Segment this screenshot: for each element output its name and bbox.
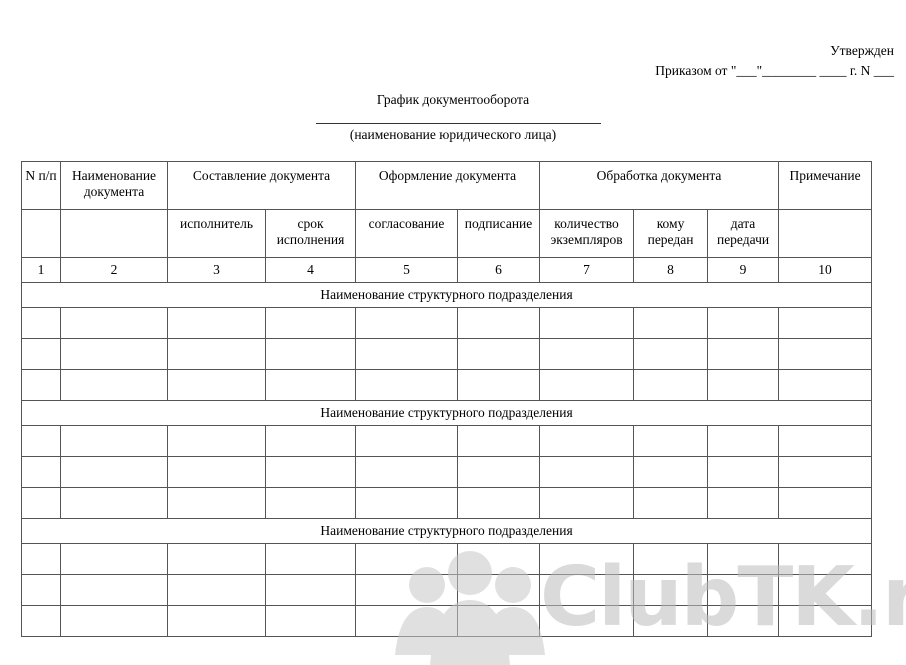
table-cell[interactable] bbox=[540, 426, 634, 457]
section-title: Наименование структурного подразделения bbox=[22, 401, 872, 426]
column-number: 9 bbox=[708, 258, 779, 283]
table-cell[interactable] bbox=[779, 488, 872, 519]
column-number: 5 bbox=[356, 258, 458, 283]
section-title: Наименование структурного подразделения bbox=[22, 283, 872, 308]
table-cell[interactable] bbox=[168, 606, 266, 637]
table-cell[interactable] bbox=[708, 308, 779, 339]
col-compose-header: Составление документа bbox=[168, 162, 356, 210]
table-cell[interactable] bbox=[779, 339, 872, 370]
table-cell[interactable] bbox=[779, 370, 872, 401]
header-row-2: исполнитель срок исполнения согласование… bbox=[22, 210, 872, 258]
column-number: 2 bbox=[61, 258, 168, 283]
table-cell[interactable] bbox=[168, 308, 266, 339]
table-row bbox=[22, 339, 872, 370]
col-doc-name-header: Наименование документа bbox=[61, 162, 168, 210]
col-process-header: Обработка документа bbox=[540, 162, 779, 210]
table-row bbox=[22, 308, 872, 339]
table-cell[interactable] bbox=[458, 488, 540, 519]
table-cell[interactable] bbox=[22, 339, 61, 370]
table-cell[interactable] bbox=[168, 457, 266, 488]
table-cell[interactable] bbox=[634, 457, 708, 488]
table-row bbox=[22, 457, 872, 488]
table-cell[interactable] bbox=[634, 575, 708, 606]
table-cell[interactable] bbox=[458, 370, 540, 401]
column-numbers-row: 1 2 3 4 5 6 7 8 9 10 bbox=[22, 258, 872, 283]
table-cell[interactable] bbox=[779, 457, 872, 488]
empty-cell bbox=[22, 210, 61, 258]
table-cell[interactable] bbox=[61, 426, 168, 457]
col-copies-header: количество экземпляров bbox=[540, 210, 634, 258]
approval-block: Утвержден Приказом от "___"________ ____… bbox=[655, 41, 894, 81]
table-cell[interactable] bbox=[458, 339, 540, 370]
table-cell[interactable] bbox=[356, 488, 458, 519]
section-row: Наименование структурного подразделения bbox=[22, 519, 872, 544]
table-cell[interactable] bbox=[356, 544, 458, 575]
table-cell[interactable] bbox=[266, 426, 356, 457]
table-cell[interactable] bbox=[22, 575, 61, 606]
header-row-1: N п/п Наименование документа Составление… bbox=[22, 162, 872, 210]
table-cell[interactable] bbox=[22, 370, 61, 401]
approved-label: Утвержден bbox=[655, 41, 894, 61]
table-cell[interactable] bbox=[708, 575, 779, 606]
table-cell[interactable] bbox=[266, 606, 356, 637]
column-number: 6 bbox=[458, 258, 540, 283]
col-executor-header: исполнитель bbox=[168, 210, 266, 258]
table-cell[interactable] bbox=[168, 339, 266, 370]
table-cell[interactable] bbox=[708, 339, 779, 370]
table-cell[interactable] bbox=[356, 370, 458, 401]
table-cell[interactable] bbox=[458, 457, 540, 488]
entity-caption: (наименование юридического лица) bbox=[0, 127, 906, 143]
table-cell[interactable] bbox=[168, 426, 266, 457]
col-recipient-header: кому передан bbox=[634, 210, 708, 258]
table-cell[interactable] bbox=[779, 426, 872, 457]
table-cell[interactable] bbox=[540, 339, 634, 370]
column-number: 1 bbox=[22, 258, 61, 283]
column-number: 4 bbox=[266, 258, 356, 283]
table-cell[interactable] bbox=[458, 308, 540, 339]
table-row bbox=[22, 544, 872, 575]
table-cell[interactable] bbox=[61, 544, 168, 575]
table-row bbox=[22, 606, 872, 637]
table-cell[interactable] bbox=[22, 308, 61, 339]
table-cell[interactable] bbox=[708, 370, 779, 401]
col-format-header: Оформление документа bbox=[356, 162, 540, 210]
table-row bbox=[22, 575, 872, 606]
table-cell[interactable] bbox=[634, 308, 708, 339]
table-cell[interactable] bbox=[779, 575, 872, 606]
order-line: Приказом от "___"________ ____ г. N ___ bbox=[655, 61, 894, 81]
table-cell[interactable] bbox=[61, 575, 168, 606]
col-num-header: N п/п bbox=[22, 162, 61, 210]
table-cell[interactable] bbox=[356, 575, 458, 606]
table-cell[interactable] bbox=[61, 370, 168, 401]
table-cell[interactable] bbox=[634, 544, 708, 575]
table-row bbox=[22, 426, 872, 457]
col-approval-header: согласование bbox=[356, 210, 458, 258]
table-cell[interactable] bbox=[708, 544, 779, 575]
col-signing-header: подписание bbox=[458, 210, 540, 258]
table-cell[interactable] bbox=[61, 308, 168, 339]
table-cell[interactable] bbox=[708, 606, 779, 637]
table-cell[interactable] bbox=[266, 457, 356, 488]
table-cell[interactable] bbox=[540, 308, 634, 339]
table-cell[interactable] bbox=[266, 544, 356, 575]
table-cell[interactable] bbox=[356, 457, 458, 488]
col-deadline-header: срок исполнения bbox=[266, 210, 356, 258]
column-number: 7 bbox=[540, 258, 634, 283]
table-cell[interactable] bbox=[266, 575, 356, 606]
section-title: Наименование структурного подразделения bbox=[22, 519, 872, 544]
column-number: 3 bbox=[168, 258, 266, 283]
table-cell[interactable] bbox=[540, 488, 634, 519]
table-cell[interactable] bbox=[458, 606, 540, 637]
table-cell[interactable] bbox=[61, 339, 168, 370]
table-cell[interactable] bbox=[22, 544, 61, 575]
table-cell[interactable] bbox=[634, 488, 708, 519]
table-cell[interactable] bbox=[22, 488, 61, 519]
table-cell[interactable] bbox=[540, 575, 634, 606]
table-cell[interactable] bbox=[634, 339, 708, 370]
table-cell[interactable] bbox=[458, 544, 540, 575]
section-row: Наименование структурного подразделения bbox=[22, 283, 872, 308]
table-cell[interactable] bbox=[266, 339, 356, 370]
table-cell[interactable] bbox=[22, 426, 61, 457]
table-cell[interactable] bbox=[540, 544, 634, 575]
table-cell[interactable] bbox=[168, 370, 266, 401]
table-cell[interactable] bbox=[540, 457, 634, 488]
table-cell[interactable] bbox=[356, 308, 458, 339]
empty-cell bbox=[779, 210, 872, 258]
col-transfer-date-header: дата передачи bbox=[708, 210, 779, 258]
table-cell[interactable] bbox=[634, 606, 708, 637]
table-cell[interactable] bbox=[61, 488, 168, 519]
table-cell[interactable] bbox=[168, 575, 266, 606]
table-cell[interactable] bbox=[168, 544, 266, 575]
table-cell[interactable] bbox=[356, 339, 458, 370]
table-cell[interactable] bbox=[266, 308, 356, 339]
table-cell[interactable] bbox=[779, 544, 872, 575]
table-cell[interactable] bbox=[356, 606, 458, 637]
table-cell[interactable] bbox=[540, 370, 634, 401]
table-cell[interactable] bbox=[708, 457, 779, 488]
entity-name-line bbox=[316, 123, 601, 124]
table-cell[interactable] bbox=[634, 370, 708, 401]
empty-cell bbox=[61, 210, 168, 258]
table-cell[interactable] bbox=[22, 606, 61, 637]
table-cell[interactable] bbox=[458, 426, 540, 457]
table-cell[interactable] bbox=[634, 426, 708, 457]
table-cell[interactable] bbox=[168, 488, 266, 519]
document-title: График документооборота bbox=[0, 92, 906, 108]
table-cell[interactable] bbox=[61, 606, 168, 637]
document-flow-table: N п/п Наименование документа Составление… bbox=[21, 161, 872, 637]
table-cell[interactable] bbox=[356, 426, 458, 457]
table-row bbox=[22, 370, 872, 401]
table-cell[interactable] bbox=[266, 370, 356, 401]
table-cell[interactable] bbox=[708, 426, 779, 457]
table-cell[interactable] bbox=[540, 606, 634, 637]
table-cell[interactable] bbox=[708, 488, 779, 519]
section-row: Наименование структурного подразделения bbox=[22, 401, 872, 426]
table-cell[interactable] bbox=[22, 457, 61, 488]
table-cell[interactable] bbox=[779, 606, 872, 637]
table-cell[interactable] bbox=[61, 457, 168, 488]
col-note-header: Примечание bbox=[779, 162, 872, 210]
table-cell[interactable] bbox=[779, 308, 872, 339]
column-number: 8 bbox=[634, 258, 708, 283]
column-number: 10 bbox=[779, 258, 872, 283]
table-cell[interactable] bbox=[458, 575, 540, 606]
table-row bbox=[22, 488, 872, 519]
table-cell[interactable] bbox=[266, 488, 356, 519]
